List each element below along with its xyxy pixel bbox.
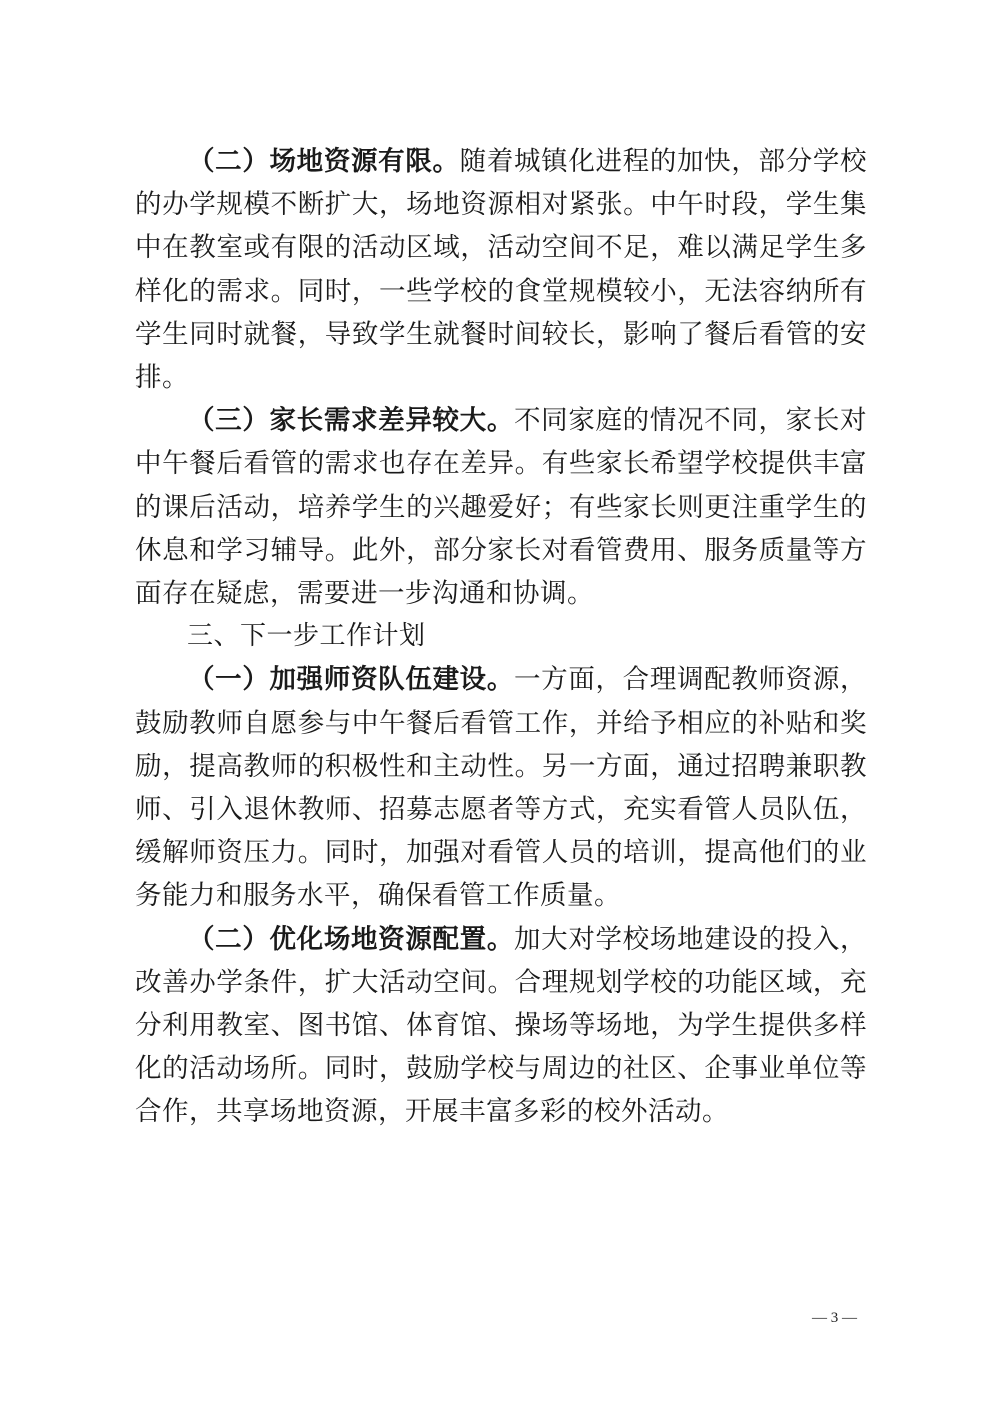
paragraph-site-optimization: （二）优化场地资源配置。加大对学校场地建设的投入，改善办学条件，扩大活动空间。合…	[135, 918, 867, 1134]
paragraph-body: 一方面，合理调配教师资源，鼓励教师自愿参与中午餐后看管工作，并给予相应的补贴和奖…	[135, 664, 867, 911]
paragraph-lead: （二）场地资源有限。	[188, 146, 460, 177]
page-number: — 3 —	[812, 1310, 857, 1327]
paragraph-parent-needs: （三）家长需求差异较大。不同家庭的情况不同，家长对中午餐后看管的需求也存在差异。…	[135, 399, 867, 615]
paragraph-lead: （三）家长需求差异较大。	[188, 405, 514, 436]
document-page: （二）场地资源有限。随着城镇化进程的加快，部分学校的办学规模不断扩大，场地资源相…	[135, 140, 867, 1134]
paragraph-site-resources: （二）场地资源有限。随着城镇化进程的加快，部分学校的办学规模不断扩大，场地资源相…	[135, 140, 867, 399]
paragraph-body: 随着城镇化进程的加快，部分学校的办学规模不断扩大，场地资源相对紧张。中午时段，学…	[135, 146, 867, 393]
paragraph-teacher-team: （一）加强师资队伍建设。一方面，合理调配教师资源，鼓励教师自愿参与中午餐后看管工…	[135, 658, 867, 917]
paragraph-lead: （一）加强师资队伍建设。	[188, 664, 514, 695]
paragraph-lead: （二）优化场地资源配置。	[188, 924, 514, 955]
section-heading: 三、下一步工作计划	[135, 615, 867, 658]
